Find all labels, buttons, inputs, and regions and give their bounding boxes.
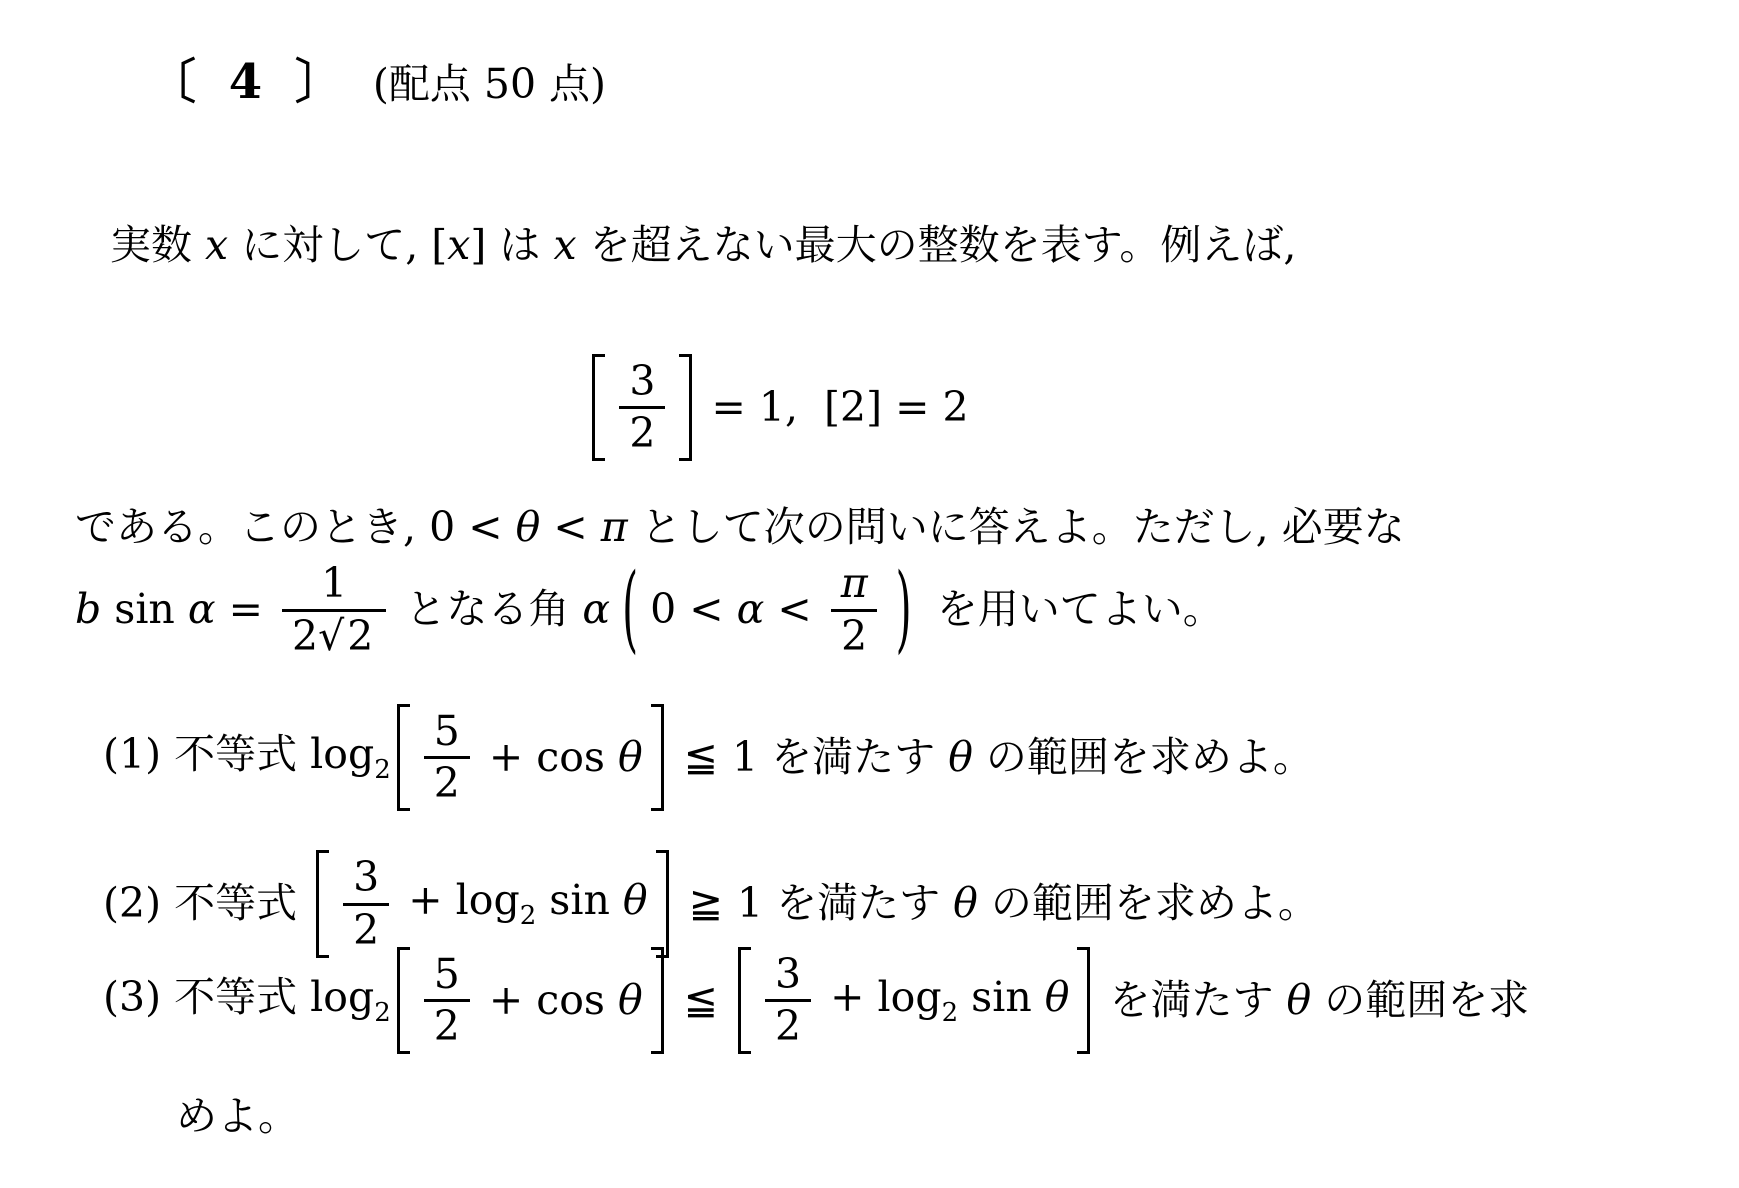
floor-bracket-group-left: 52 + cos θ — [397, 947, 664, 1054]
left-floor-bracket — [397, 704, 410, 811]
condition-line-2: b sin α = 12√2 となる角 α(0 < α < π2) を用いてよい… — [75, 550, 1224, 670]
floor-example-equation: 32 = 1, [2] = 2 — [75, 345, 1480, 470]
question-1: (1) 不等式 log252 + cos θ≦1 を満たす θ の範囲を求めよ。 — [103, 695, 1314, 820]
satisfy-text: を満たす — [763, 879, 953, 927]
math-var-theta: θ — [618, 976, 643, 1024]
bracketed-fraction: 32 — [592, 354, 692, 461]
condition-fragment-3: となる角 — [392, 585, 582, 633]
math-var-theta: θ — [1045, 973, 1070, 1021]
left-floor-bracket — [592, 354, 605, 461]
range-request-text: の範囲を求めよ。 — [973, 733, 1314, 781]
plus-cos-operator: + cos — [476, 733, 618, 781]
math-var-pi: π — [601, 503, 628, 551]
bound-value: 1 — [732, 733, 758, 781]
theta-range-lower: 0 < — [429, 503, 516, 551]
plus-log-operator: + log — [395, 876, 519, 924]
plus-log-operator: + log — [817, 973, 941, 1021]
log-base: 2 — [942, 998, 959, 1028]
fraction-numerator: 3 — [765, 950, 811, 999]
fraction-three-halves: 32 — [619, 354, 665, 461]
fraction-denominator: 2 — [424, 999, 470, 1051]
floor-bracket-group: 52 + cos θ — [397, 704, 664, 811]
theta-range-relation: < — [540, 503, 600, 551]
fraction-five-halves: 52 — [424, 947, 470, 1054]
intro-text: 実数 x に対して, [x] は x を超えない最大の整数を表す。例えば, — [110, 220, 1296, 271]
log-operator: log — [310, 730, 374, 778]
question-2-lead: (2) 不等式 — [103, 878, 310, 929]
inequality-word: 不等式 — [174, 730, 310, 778]
right-floor-bracket — [651, 704, 664, 811]
fraction-denominator: 2 — [765, 999, 811, 1051]
equation-result: = 1, [2] = 2 — [698, 382, 968, 433]
math-var-theta: θ — [1287, 976, 1312, 1024]
math-var-theta: θ — [948, 733, 973, 781]
math-var-theta: θ — [623, 876, 648, 924]
sqrt-icon: √ — [318, 612, 344, 660]
fraction-numerator: 3 — [619, 357, 665, 406]
fraction-denominator: 2 — [619, 406, 665, 458]
problem-header: 〔 4 〕(配点 50 点) — [148, 52, 606, 112]
leq-relation: ≦ — [670, 733, 732, 781]
angle-alpha-text: となる角 α — [392, 584, 610, 635]
fraction-five-halves: 52 — [424, 704, 470, 811]
right-floor-bracket — [1077, 947, 1090, 1054]
sin-operator: sin — [958, 973, 1045, 1021]
math-var-alpha: α — [582, 585, 610, 633]
math-var-alpha: α — [188, 585, 216, 633]
group-inner-text: + cos θ — [476, 732, 643, 783]
question-1-lead: (1) 不等式 log2 — [103, 729, 391, 787]
bsin-equation-lhs: b sin α = — [75, 584, 276, 635]
geq-relation: ≧ — [675, 879, 737, 927]
floor-bracket-group-right: 32 + log2 sin θ — [738, 947, 1090, 1054]
sin-operator: sin — [101, 585, 188, 633]
group-inner-text: + log2 sin θ — [817, 972, 1069, 1030]
fraction-pi-over-two: π2 — [831, 556, 878, 663]
range-request-text: の範囲を求 — [1311, 976, 1529, 1024]
inequality-word: 不等式 — [174, 879, 310, 927]
right-floor-bracket — [679, 354, 692, 461]
group-inner-text: + log2 sin θ — [395, 875, 647, 933]
left-floor-bracket — [738, 947, 751, 1054]
left-floor-bracket — [397, 947, 410, 1054]
intro-fragment-4: を超えない最大の整数を表す。例えば, — [577, 221, 1297, 269]
condition-line-1-text: である。このとき, 0 < θ < π として次の問いに答えよ。ただし, 必要な — [75, 502, 1405, 553]
question-1-tail: ≦1 を満たす θ の範囲を求めよ。 — [670, 732, 1314, 783]
equals-sign: = — [216, 585, 276, 633]
fraction-numerator: 5 — [424, 707, 470, 756]
question-3-relation: ≦ — [670, 975, 732, 1026]
satisfy-text: を満たす — [1096, 976, 1286, 1024]
intro-paragraph: 実数 x に対して, [x] は x を超えない最大の整数を表す。例えば, — [110, 215, 1296, 277]
intro-fragment-2: に対して, [ — [228, 221, 447, 269]
math-var-b: b — [75, 585, 101, 633]
right-paren: ) — [896, 551, 912, 669]
bound-value: 1 — [737, 879, 763, 927]
fraction-numerator: 1 — [311, 559, 357, 608]
intro-fragment-3: ] は — [470, 221, 553, 269]
problem-number-label: 〔 4 〕 — [148, 52, 351, 112]
plus-cos-operator: + cos — [476, 976, 618, 1024]
log-base: 2 — [374, 998, 391, 1028]
question-2-tail: ≧1 を満たす θ の範囲を求めよ。 — [675, 878, 1319, 929]
condition-fragment-4: を用いてよい。 — [924, 585, 1224, 633]
question-3: (3) 不等式 log252 + cos θ≦32 + log2 sin θ を… — [103, 928, 1529, 1073]
range-request-text: の範囲を求めよ。 — [978, 879, 1319, 927]
right-floor-bracket — [651, 947, 664, 1054]
fraction-numerator: π — [831, 559, 878, 608]
question-2-label: (2) — [103, 879, 174, 927]
equation-result-text: = 1, [2] = 2 — [698, 383, 968, 431]
math-var-theta: θ — [618, 733, 643, 781]
math-var-alpha: α — [737, 585, 765, 633]
alpha-range-relation: < — [764, 585, 824, 633]
fraction-numerator: 5 — [424, 950, 470, 999]
alpha-range-lower: 0 < — [650, 585, 737, 633]
math-var-x: x — [205, 221, 228, 269]
denominator-coefficient: 2 — [292, 612, 318, 660]
math-var-x: x — [447, 221, 470, 269]
continuation-text: めよ。 — [176, 1091, 299, 1142]
sin-operator: sin — [536, 876, 623, 924]
condition-fragment-1: である。このとき, — [75, 503, 429, 551]
question-3-lead: (3) 不等式 log2 — [103, 972, 391, 1030]
math-var-x: x — [553, 221, 576, 269]
leq-relation: ≦ — [670, 976, 732, 1024]
alpha-range-start: 0 < α < — [650, 584, 825, 635]
fraction-denominator: 2√2 — [282, 609, 386, 661]
exam-page: 〔 4 〕(配点 50 点) 実数 x に対して, [x] は x を超えない最… — [0, 0, 1739, 1188]
question-3-continuation: めよ。 — [176, 1088, 299, 1146]
fraction-denominator: 2 — [424, 756, 470, 808]
condition-fragment-2: として次の問いに答えよ。ただし, 必要な — [628, 503, 1405, 551]
inequality-word: 不等式 — [174, 973, 310, 1021]
sqrt-radicand: 2 — [344, 609, 376, 660]
group-inner-text: + cos θ — [476, 975, 643, 1026]
fraction-denominator: 2 — [831, 609, 877, 661]
condition-line-1: である。このとき, 0 < θ < π として次の問いに答えよ。ただし, 必要な — [75, 498, 1405, 558]
intro-fragment-1: 実数 — [110, 221, 205, 269]
log-base: 2 — [520, 901, 537, 931]
question-3-label: (3) — [103, 973, 174, 1021]
question-3-tail: を満たす θ の範囲を求 — [1096, 975, 1529, 1026]
points-label: (配点 50 点) — [373, 59, 606, 110]
fraction-one-over-two-root-two: 12√2 — [282, 556, 386, 663]
fraction-numerator: 3 — [343, 853, 389, 902]
satisfy-text: を満たす — [758, 733, 948, 781]
left-paren: ( — [622, 551, 638, 669]
log-operator: log — [310, 973, 374, 1021]
math-var-theta: θ — [953, 879, 978, 927]
fraction-three-halves: 32 — [765, 947, 811, 1054]
log-base: 2 — [374, 755, 391, 785]
question-1-label: (1) — [103, 730, 174, 778]
math-var-theta: θ — [516, 503, 541, 551]
condition-tail: を用いてよい。 — [924, 584, 1224, 635]
